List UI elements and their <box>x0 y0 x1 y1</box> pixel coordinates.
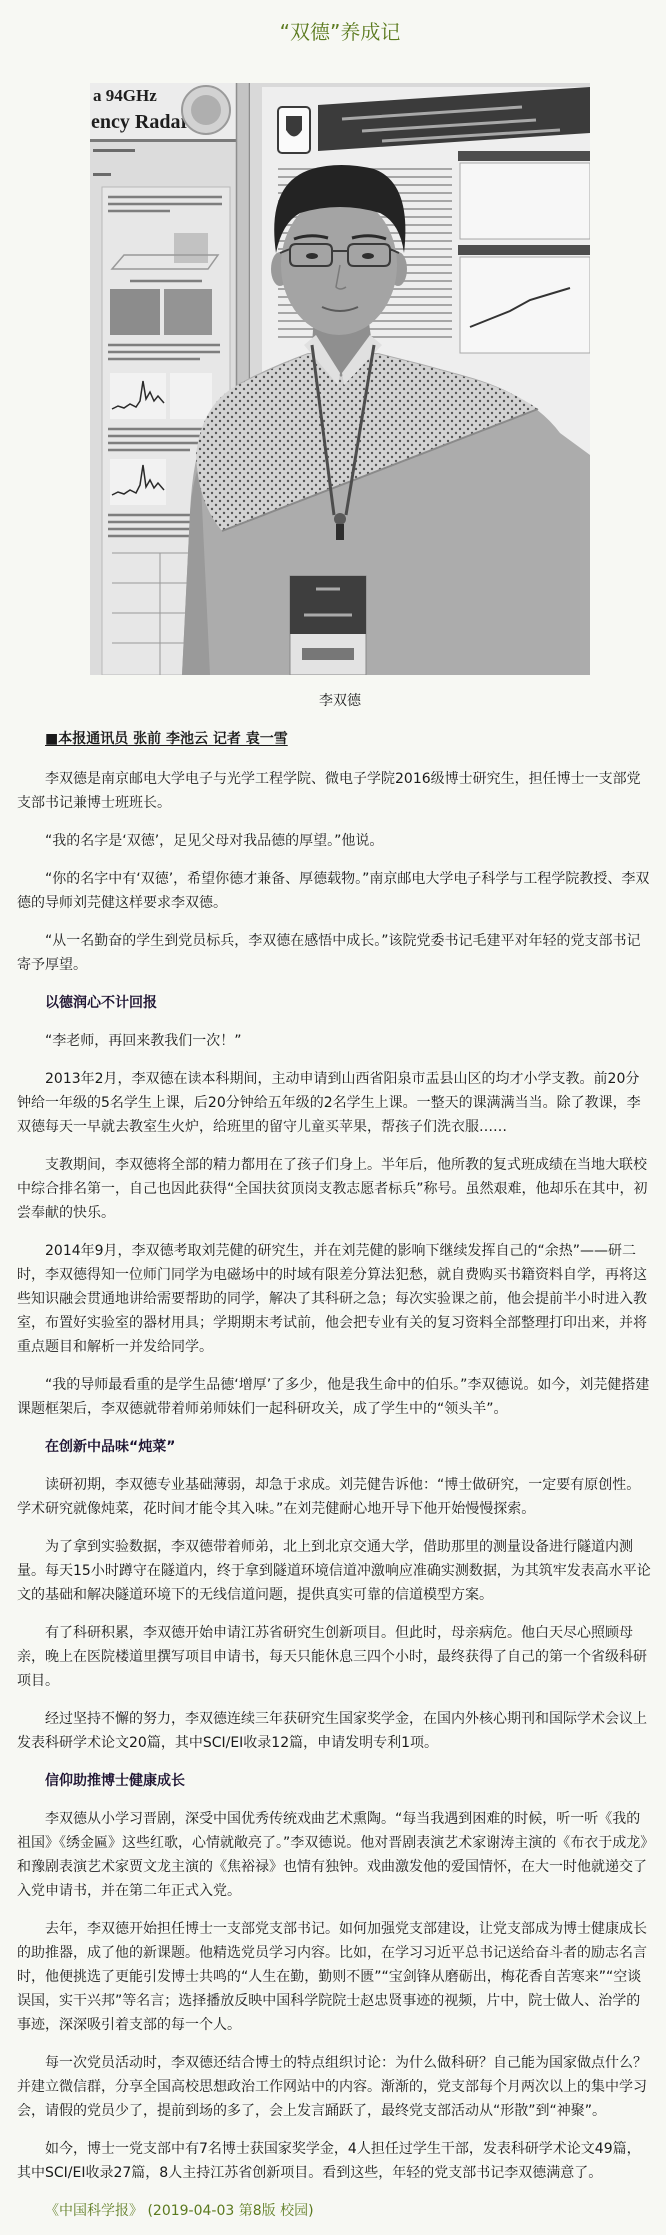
lanyard-clip <box>334 513 346 525</box>
article-paragraph: 李双德是南京邮电大学电子与光学工程学院、微电子学院2016级博士研究生，担任博士… <box>17 767 653 815</box>
poster-left-diagram <box>174 233 208 263</box>
poster-left-figure-1 <box>110 289 160 335</box>
article-paragraph: 为了拿到实验数据，李双德带着师弟，北上到北京交通大学，借助那里的测量设备进行隧道… <box>17 1535 653 1607</box>
article-paragraph: 如今，博士一党支部中有7名博士获国家奖学金，4人担任过学生干部，发表科研学术论文… <box>17 2137 653 2185</box>
article-paragraph: “我的导师最看重的是学生品德‘增厚’了多少，他是我生命中的伯乐。”李双德说。如今… <box>17 1373 653 1421</box>
section-heading: 信仰助推博士健康成长 <box>17 1769 653 1793</box>
section-heading: 以德润心不计回报 <box>17 991 653 1015</box>
article-paragraph: 2014年9月，李双德考取刘芫健的研究生，并在刘芫健的影响下继续发挥自己的“余热… <box>17 1239 653 1359</box>
lanyard-hook <box>336 524 344 540</box>
article-paragraph: 有了科研积累，李双德开始申请江苏省研究生创新项目。但此时，母亲病危。他白天尽心照… <box>17 1621 653 1693</box>
article-paragraph: “从一名勤奋的学生到党员标兵，李双德在感悟中成长。”该院党委书记毛建平对年轻的党… <box>17 929 653 977</box>
poster-left-figure-2 <box>164 289 212 335</box>
article-paragraph: 李双德从小学习晋剧，深受中国优秀传统戏曲艺术熏陶。“每当我遇到困难的时候，听一听… <box>17 1807 653 1903</box>
poster-left-rule <box>90 139 236 142</box>
article-paragraph: “李老师，再回来教我们一次！” <box>17 1029 653 1053</box>
article-paragraph: “我的名字是‘双德’，足见父母对我品德的厚望。”他说。 <box>17 829 653 853</box>
eye-right <box>362 253 374 259</box>
article-paragraph: 支教期间，李双德将全部的精力都用在了孩子们身上。半年后，他所教的复式班成绩在当地… <box>17 1153 653 1225</box>
poster-right-section-bar-2 <box>458 245 590 255</box>
byline: ■本报通讯员 张前 李池云 记者 袁一雪 <box>17 727 653 751</box>
poster-left-authors <box>93 149 135 152</box>
name-badge-header <box>290 576 366 634</box>
section-heading: 在创新中品味“炖菜” <box>17 1435 653 1459</box>
poster-left-affiliation <box>93 173 111 176</box>
poster-right-section-bar-1 <box>458 151 590 161</box>
eye-left <box>306 253 318 259</box>
article-title: “双德”养成记 <box>17 20 663 44</box>
article-paragraph: 读研初期，李双德专业基础薄弱，却急于求成。刘芫健告诉他：“博士做研究，一定要有原… <box>17 1473 653 1521</box>
article-paragraph: 每一次党员活动时，李双德还结合博士的特点组织讨论：为什么做科研？自己能为国家做点… <box>17 2051 653 2123</box>
university-logo-inner <box>191 95 221 125</box>
article-photo: a 94GHz ency Radar <box>90 83 590 675</box>
poster-left-title-line2: ency Radar <box>91 111 189 133</box>
photo-caption: 李双德 <box>17 689 663 713</box>
article-paragraph: 2013年2月，李双德在读本科期间，主动申请到山西省阳泉市盂县山区的均才小学支教… <box>17 1067 653 1139</box>
article-paragraph: 去年，李双德开始担任博士一支部党支部书记。如何加强党支部建设，让党支部成为博士健… <box>17 1917 653 2037</box>
poster-left-title-line1: a 94GHz <box>93 86 157 105</box>
article-paragraph: “你的名字中有‘双德’，希望你德才兼备、厚德载物。”南京邮电大学电子科学与工程学… <box>17 867 653 915</box>
article-page: “双德”养成记 a 94GHz ency Radar <box>0 0 663 2235</box>
poster-left-plot-3 <box>110 459 166 505</box>
poster-right-chart-1 <box>460 163 590 239</box>
source-citation: 《中国科学报》 (2019-04-03 第8版 校园) <box>17 2199 653 2223</box>
photo-container: a 94GHz ency Radar <box>17 83 663 675</box>
article-body: ■本报通讯员 张前 李池云 记者 袁一雪 李双德是南京邮电大学电子与光学工程学院… <box>17 727 663 2223</box>
article-paragraph: 经过坚持不懈的努力，李双德连续三年获研究生国家奖学金，在国内外核心期刊和国际学术… <box>17 1707 653 1755</box>
name-badge-footer <box>302 648 354 660</box>
poster-left-plot-2 <box>170 373 212 419</box>
poster-right-chart-2 <box>460 257 590 353</box>
